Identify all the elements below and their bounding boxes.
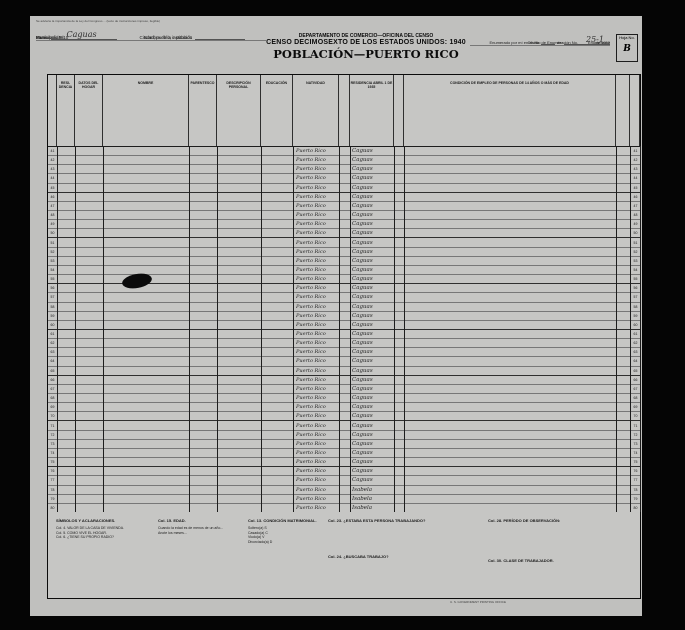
footer-section: Col. 23. ¿ESTABA ESTA PERSONA TRABAJANDO… [328,518,468,526]
footer-line: Col. 6. ¿TIENE SU PROPIO RADIO? [56,535,196,540]
row-number: 60 [49,323,56,327]
row-number: 53 [49,259,56,263]
column-divider [616,146,617,513]
row-number: 54 [49,268,56,272]
row-number-right: 77 [632,478,639,482]
row-number: 57 [49,295,56,299]
column-group: EDUCACIÓN [261,75,293,146]
column-divider [103,146,104,513]
row-number: 72 [49,433,56,437]
column-group [339,75,350,146]
row-number-right: 44 [632,176,639,180]
printer-imprint: U. S. GOVERNMENT PRINTING OFFICE [450,600,506,604]
row-number-right: 56 [632,286,639,290]
census-title: CENSO DECIMOSEXTO DE LOS ESTADOS UNIDOS:… [266,39,466,46]
footer-section: Col. 30. CLASE DE TRABAJADOR. [488,558,628,566]
institucion-label: Nombre de la institución [144,35,192,40]
row-number-right: 55 [632,277,639,281]
row-number-right: 66 [632,378,639,382]
row-number-right: 59 [632,314,639,318]
row-number-right: 54 [632,268,639,272]
column-divider [404,146,405,513]
barrio-value [51,39,101,40]
row-number: 41 [49,149,56,153]
hoja-label: Hoja No. [617,35,637,40]
column-group [630,75,640,146]
row-number: 55 [49,277,56,281]
enumerador-label: Enumerador [588,40,610,45]
population-title: POBLACIÓN—PUERTO RICO [266,47,466,61]
footer-section: Col. 24. ¿BUSCABA TRABAJO? [328,554,468,562]
row-number-right: 45 [632,186,639,190]
barrio-label: Barrio [36,35,48,40]
top-instructions: Se advierte la importancia de la Ley del… [36,19,636,27]
row-number: 44 [49,176,56,180]
row-number: 65 [49,369,56,373]
column-group [394,75,404,146]
row-number: 79 [49,497,56,501]
footer-line: Divorciado(a) D [248,540,388,545]
row-number-right: 42 [632,158,639,162]
row-number-right: 47 [632,204,639,208]
footer-section-title: Col. 24. ¿BUSCABA TRABAJO? [328,554,468,559]
table-rows: 41Puerto RicoCaguas4142Puerto RicoCaguas… [48,146,640,513]
row-number: 70 [49,414,56,418]
row-number: 78 [49,488,56,492]
row-number-right: 58 [632,305,639,309]
row-number: 69 [49,405,56,409]
census-sheet: Se advierte la importancia de la Ley del… [30,16,642,616]
row-number-right: 76 [632,469,639,473]
row-number: 45 [49,186,56,190]
column-divider [217,146,218,513]
row-number: 43 [49,167,56,171]
column-divider [75,146,76,513]
column-group [616,75,630,146]
row-number: 51 [49,241,56,245]
row-number: 80 [49,506,56,510]
row-number-right: 57 [632,295,639,299]
row-number-right: 43 [632,167,639,171]
row-number-right: 65 [632,369,639,373]
row-number: 58 [49,305,56,309]
column-divider [293,146,294,513]
row-number: 42 [49,158,56,162]
row-number: 66 [49,378,56,382]
row-number-right: 67 [632,387,639,391]
row-number-right: 60 [632,323,639,327]
column-group: DATOS DEL HOGAR [75,75,103,146]
column-divider [630,146,631,513]
row-number: 61 [49,332,56,336]
footer-section: Col. 28. PERÍODO DE OBSERVACIÓN: [488,518,628,526]
column-divider [640,146,641,513]
row-number: 50 [49,231,56,235]
row-number-right: 49 [632,222,639,226]
column-divider [261,146,262,513]
row-number: 47 [49,204,56,208]
row-number: 49 [49,222,56,226]
row-number: 71 [49,424,56,428]
row-number-right: 61 [632,332,639,336]
row-number-right: 53 [632,259,639,263]
row-number-right: 50 [632,231,639,235]
row-number-right: 48 [632,213,639,217]
column-group: NATIVIDAD [293,75,339,146]
row-number: 63 [49,350,56,354]
row-number-right: 80 [632,506,639,510]
row-number: 56 [49,286,56,290]
column-group: CONDICIÓN DE EMPLEO DE PERSONAS DE 14 AÑ… [404,75,616,146]
row-number: 62 [49,341,56,345]
column-group: RESIDENCIA ABRIL 1 DE 1935 [350,75,394,146]
row-number: 64 [49,359,56,363]
row-number: 48 [49,213,56,217]
row-number-right: 69 [632,405,639,409]
row-number: 76 [49,469,56,473]
row-number: 52 [49,250,56,254]
row-number: 67 [49,387,56,391]
row-number-right: 63 [632,350,639,354]
row-number-right: 74 [632,451,639,455]
row-number: 59 [49,314,56,318]
column-divider [189,146,190,513]
row-number-right: 52 [632,250,639,254]
row-number-right: 41 [632,149,639,153]
row-number-right: 79 [632,497,639,501]
column-divider [57,146,58,513]
row-number-right: 78 [632,488,639,492]
sheet-number-box: Hoja No. B [616,34,638,62]
row-number: 68 [49,396,56,400]
footer-section-title: Col. 28. PERÍODO DE OBSERVACIÓN: [488,518,628,523]
column-group: NOMBRE [103,75,189,146]
row-number-right: 70 [632,414,639,418]
row-number: 46 [49,195,56,199]
row-number-right: 73 [632,442,639,446]
row-number-right: 51 [632,241,639,245]
row-number-right: 75 [632,460,639,464]
row-number: 74 [49,451,56,455]
column-divider [350,146,351,513]
column-divider [394,146,395,513]
row-number: 75 [49,460,56,464]
column-group [48,75,57,146]
row-number-right: 64 [632,359,639,363]
column-group: RESI-DENCIA [57,75,75,146]
column-group: PARENTESCO [189,75,217,146]
hoja-side: B [623,44,631,54]
row-number-right: 72 [632,433,639,437]
column-divider [339,146,340,513]
census-table: RESI-DENCIADATOS DEL HOGARNOMBREPARENTES… [47,74,641,514]
row-number-right: 46 [632,195,639,199]
row-number-right: 68 [632,396,639,400]
column-headers: RESI-DENCIADATOS DEL HOGARNOMBREPARENTES… [48,75,640,147]
column-group: DESCRIPCIÓN PERSONAL [217,75,261,146]
footer-section-title: Col. 23. ¿ESTABA ESTA PERSONA TRABAJANDO… [328,518,468,523]
row-number: 73 [49,442,56,446]
instructions-footer: SÍMBOLOS Y ACLARACIONES.Col. 4. VALOR DE… [47,512,641,599]
row-number-right: 71 [632,424,639,428]
row-number: 77 [49,478,56,482]
footer-section-title: Col. 30. CLASE DE TRABAJADOR. [488,558,628,563]
header-title-block: DEPARTAMENTO DE COMERCIO—OFICINA DEL CEN… [266,33,466,61]
row-number-right: 62 [632,341,639,345]
